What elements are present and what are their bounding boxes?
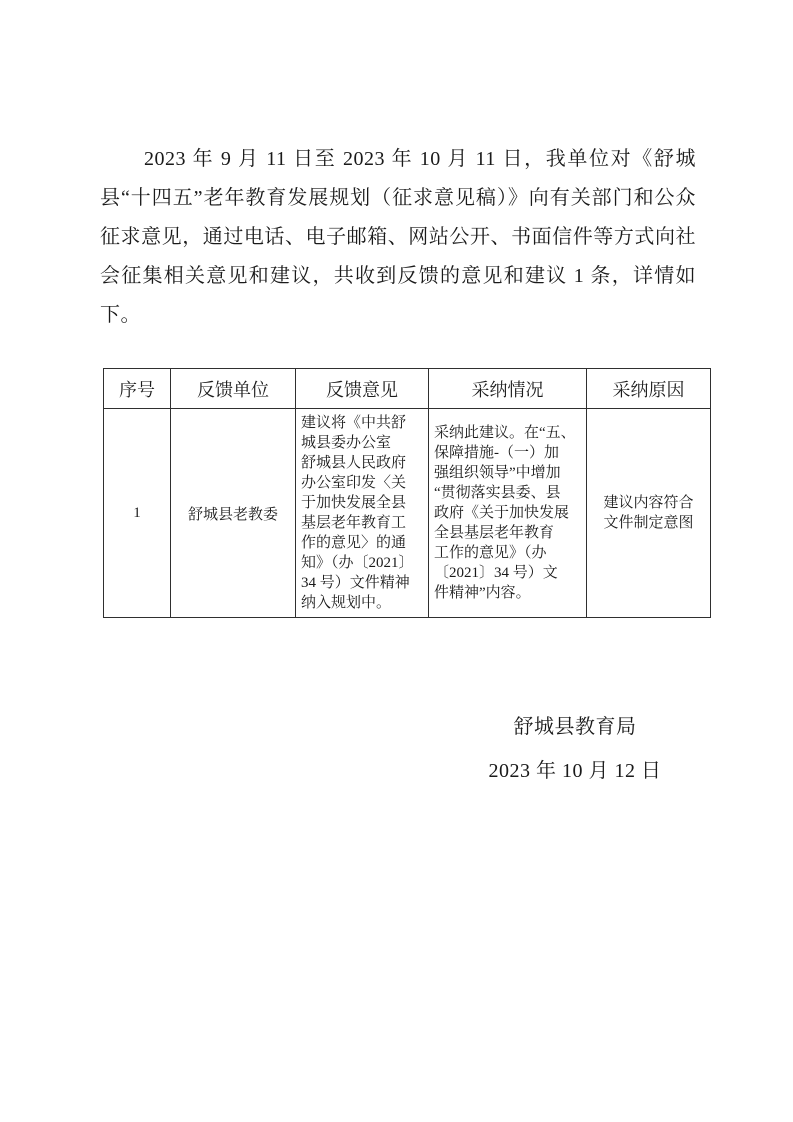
cell-seq: 1 (104, 409, 171, 618)
cell-opinion: 建议将《中共舒 城县委办公室 舒城县人民政府 办公室印发〈关 于加快发展全县 基… (296, 409, 429, 618)
col-header-unit: 反馈单位 (171, 369, 296, 409)
signature-organization: 舒城县教育局 (430, 712, 720, 742)
document-page: 2023 年 9 月 11 日至 2023 年 10 月 11 日，我单位对《舒… (0, 0, 793, 1122)
signature-date: 2023 年 10 月 12 日 (430, 756, 720, 786)
col-header-seq: 序号 (104, 369, 171, 409)
col-header-adoption: 采纳情况 (429, 369, 587, 409)
cell-reason: 建议内容符合 文件制定意图 (587, 409, 711, 618)
signature-block: 舒城县教育局 2023 年 10 月 12 日 (430, 712, 720, 786)
col-header-opinion: 反馈意见 (296, 369, 429, 409)
feedback-table: 序号 反馈单位 反馈意见 采纳情况 采纳原因 1 舒城县老教委 建议将《中共舒 … (103, 368, 711, 618)
cell-unit: 舒城县老教委 (171, 409, 296, 618)
cell-adoption: 采纳此建议。在“五、 保障措施-（一）加 强组织领导”中增加 “贯彻落实县委、县… (429, 409, 587, 618)
table-header-row: 序号 反馈单位 反馈意见 采纳情况 采纳原因 (104, 369, 711, 409)
intro-paragraph: 2023 年 9 月 11 日至 2023 年 10 月 11 日，我单位对《舒… (100, 140, 696, 335)
col-header-reason: 采纳原因 (587, 369, 711, 409)
table-row: 1 舒城县老教委 建议将《中共舒 城县委办公室 舒城县人民政府 办公室印发〈关 … (104, 409, 711, 618)
